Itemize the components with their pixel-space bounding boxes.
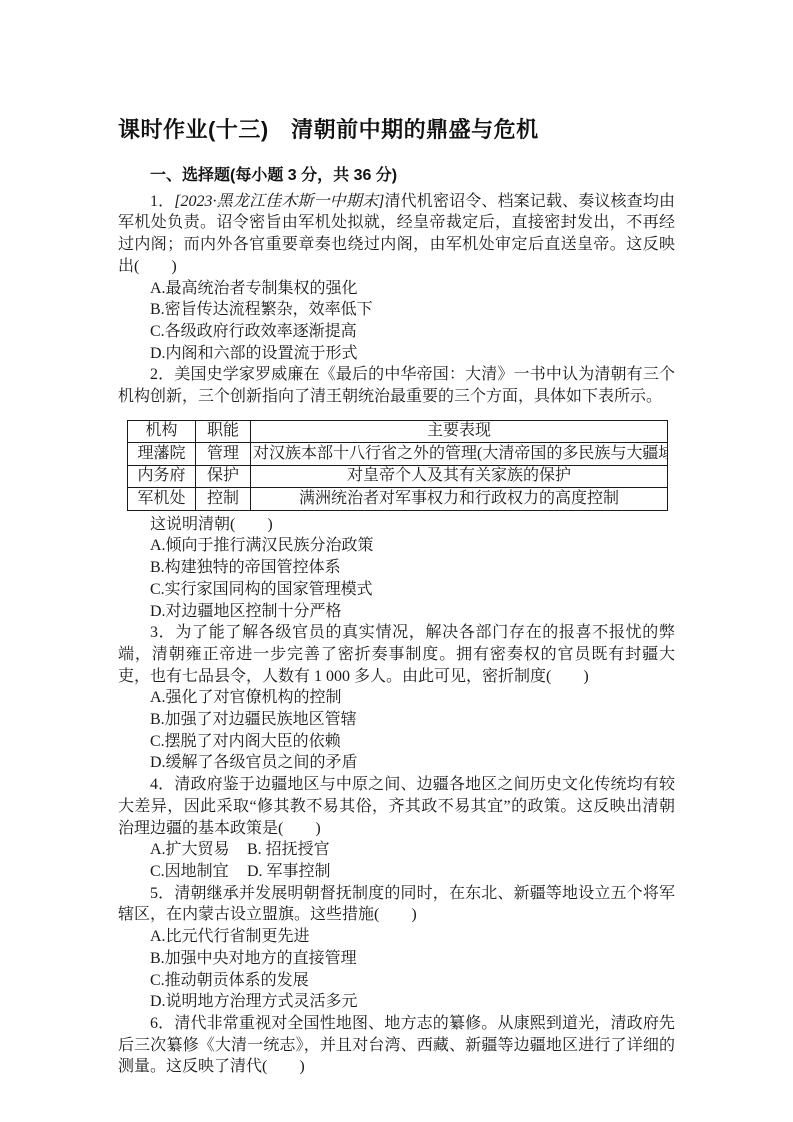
question-3-text: 为了能了解各级官员的真实情况，解决各部门存在的报喜不报忧的弊端，清朝雍正帝进一步… [118, 624, 675, 684]
question-2-option-b: B.构建独特的帝国管控体系 [150, 557, 675, 579]
table-cell-org: 内务府 [128, 465, 196, 488]
question-4-stem: 4．清政府鉴于边疆地区与中原之间、边疆各地区之间历史文化传统均有较大差异，因此采… [118, 774, 675, 839]
table-cell-func: 控制 [196, 488, 251, 511]
question-5-option-d: D.说明地方治理方式灵活多元 [150, 991, 675, 1013]
question-4-option-a: A.扩大贸易 [150, 839, 247, 861]
table-cell-func: 管理 [196, 443, 251, 466]
question-3-option-d: D.缓解了各级官员之间的矛盾 [150, 752, 675, 774]
question-1-number: 1． [150, 193, 174, 210]
question-2-option-d: D.对边疆地区控制十分严格 [150, 601, 675, 623]
question-1-option-a: A.最高统治者专制集权的强化 [150, 278, 675, 300]
question-2-stem: 2．美国史学家罗威廉在《最后的中华帝国：大清》一书中认为清朝有三个机构创新，三个… [118, 364, 675, 407]
question-5-option-a: A.比元代行省制更先进 [150, 926, 675, 948]
question-3-option-a: A.强化了对官僚机构的控制 [150, 687, 675, 709]
table-row: 理藩院 管理 对汉族本部十八行省之外的管理(大清帝国的多民族与大疆域) [128, 443, 668, 466]
table-header-row: 机构 职能 主要表现 [128, 420, 668, 443]
question-5-option-c: C.推动朝贡体系的发展 [150, 970, 675, 992]
question-6-text: 清代非常重视对全国性地图、地方志的纂修。从康熙到道光，清政府先后三次纂修《大清一… [118, 1015, 675, 1075]
table-cell-org: 理藩院 [128, 443, 196, 466]
table-header-main: 主要表现 [251, 420, 668, 443]
question-2-table: 机构 职能 主要表现 理藩院 管理 对汉族本部十八行省之外的管理(大清帝国的多民… [127, 420, 668, 511]
question-6-stem: 6．清代非常重视对全国性地图、地方志的纂修。从康熙到道光，清政府先后三次纂修《大… [118, 1013, 675, 1078]
question-3-stem: 3．为了能了解各级官员的真实情况，解决各部门存在的报喜不报忧的弊端，清朝雍正帝进… [118, 622, 675, 687]
question-5-option-b: B.加强中央对地方的直接管理 [150, 948, 675, 970]
table-cell-org: 军机处 [128, 488, 196, 511]
question-2-number: 2． [150, 366, 174, 383]
page-title: 课时作业(十三) 清朝前中期的鼎盛与危机 [118, 115, 675, 144]
table-cell-func: 保护 [196, 465, 251, 488]
question-1-option-d: D.内阁和六部的设置流于形式 [150, 343, 675, 365]
question-1-stem: 1．[2023·黑龙江佳木斯一中期末]清代机密诏令、档案记载、奏议核查均由军机处… [118, 191, 675, 278]
section-heading: 一、选择题(每小题 3 分，共 36 分) [118, 165, 675, 187]
question-4-option-b: B. 招抚授官 [247, 841, 330, 858]
table-cell-main: 满洲统治者对军事权力和行政权力的高度控制 [251, 488, 668, 511]
table-row: 内务府 保护 对皇帝个人及其有关家族的保护 [128, 465, 668, 488]
table-cell-main: 对皇帝个人及其有关家族的保护 [251, 465, 668, 488]
question-2-option-c: C.实行家国同构的国家管理模式 [150, 579, 675, 601]
question-2-followup: 这说明清朝( ) [118, 514, 675, 536]
table-row: 军机处 控制 满洲统治者对军事权力和行政权力的高度控制 [128, 488, 668, 511]
question-4-options-row-1: A.扩大贸易B. 招抚授官 [150, 839, 675, 861]
question-4-number: 4． [150, 776, 174, 793]
question-4-option-c: C.因地制宜 [150, 861, 247, 883]
question-6-number: 6． [150, 1015, 174, 1032]
worksheet-page: 课时作业(十三) 清朝前中期的鼎盛与危机 一、选择题(每小题 3 分，共 36 … [0, 0, 793, 1122]
question-1-option-c: C.各级政府行政效率逐渐提高 [150, 321, 675, 343]
question-4-options-row-2: C.因地制宜D. 军事控制 [150, 861, 675, 883]
question-5-number: 5． [150, 885, 174, 902]
question-2-option-a: A.倾向于推行满汉民族分治政策 [150, 535, 675, 557]
question-1-option-b: B.密旨传达流程繁杂，效率低下 [150, 299, 675, 321]
table-header-org: 机构 [128, 420, 196, 443]
question-5-stem: 5．清朝继承并发展明朝督抚制度的同时，在东北、新疆等地设立五个将军辖区，在内蒙古… [118, 883, 675, 926]
table-header-func: 职能 [196, 420, 251, 443]
table-cell-main: 对汉族本部十八行省之外的管理(大清帝国的多民族与大疆域) [251, 443, 668, 466]
question-3-option-b: B.加强了对边疆民族地区管辖 [150, 709, 675, 731]
question-4-option-d: D. 军事控制 [247, 863, 331, 880]
question-2-text: 美国史学家罗威廉在《最后的中华帝国：大清》一书中认为清朝有三个机构创新，三个创新… [118, 366, 675, 405]
question-4-text: 清政府鉴于边疆地区与中原之间、边疆各地区之间历史文化传统均有较大差异，因此采取“… [118, 776, 675, 836]
question-3-option-c: C.摆脱了对内阁大臣的依赖 [150, 731, 675, 753]
question-3-number: 3． [150, 624, 175, 641]
question-5-text: 清朝继承并发展明朝督抚制度的同时，在东北、新疆等地设立五个将军辖区，在内蒙古设立… [118, 885, 675, 924]
question-1-source: [2023·黑龙江佳木斯一中期末] [174, 193, 384, 210]
